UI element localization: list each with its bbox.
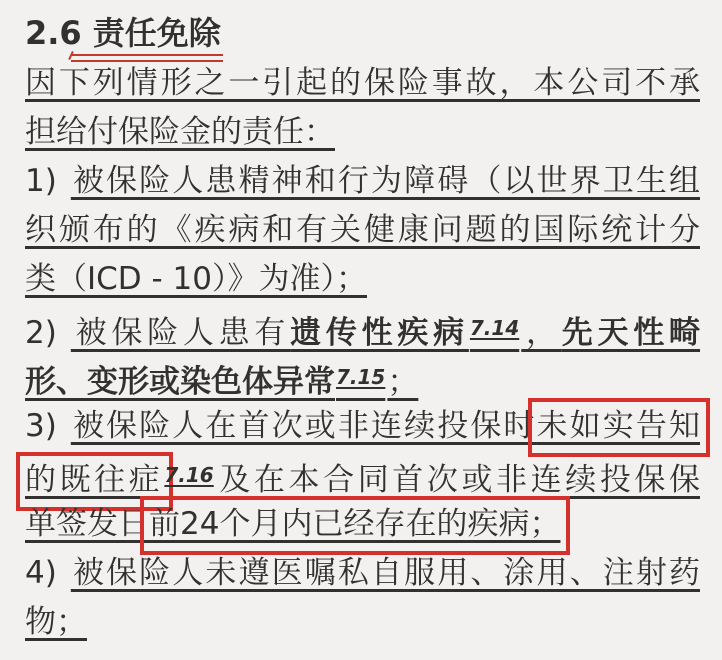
ref-7-16: 7.16 [164,463,213,487]
item2-text-1: 被保险人患有遗传性疾病7.14，先天性畸 [71,315,700,351]
item1-marker: 1) [25,163,57,199]
section-number: 2.6 [25,14,82,52]
item4-marker: 4) [25,555,57,591]
intro-line-2: 担给付保险金的责任： [25,109,700,158]
item1-line-3: 类（ICD - 10）》为准）； [25,256,700,305]
item4-line-1: 4)被保险人未遵医嘱私自服用、涂用、注射药 [25,550,700,599]
item1-text-3: 类（ICD - 10）》为准）； [25,261,367,297]
ref-7-15: 7.15 [336,365,385,389]
highlight-text-1: 未如实告知 [537,408,700,444]
intro-line-1: 因下列情形之一引起的保险事故，本公司不承 [25,60,700,109]
item2-semicolon: ； [387,364,418,400]
item2-lead-text: 被保险人患有 [71,315,290,351]
item2-comma: ， [521,315,562,351]
item1-text-1: 被保险人患精神和行为障碍（以世界卫生组 [71,163,700,199]
item3-line-3: 单签发日前24个月内已经存在的疾病； [25,501,700,550]
intro-text-2: 担给付保险金的责任： [25,114,335,150]
item2-marker: 2) [25,315,57,351]
item3-line-1: 3)被保险人在首次或非连续投保时未如实告知 [25,403,700,452]
document-page: 2.6责任免除 因下列情形之一引起的保险事故，本公司不承 担给付保险金的责任： … [0,0,722,660]
item3-marker: 3) [25,408,57,444]
item2-text-2: 形、变形或染色体异常7.15； [25,364,418,400]
section-title: 责任免除 [93,14,221,52]
item3-text-3: 单签发日前24个月内已经存在的疾病； [25,506,560,542]
item3-lead-text: 被保险人在首次或非连续投保时 [71,408,537,444]
item3-mid-text: 及在本合同首次或非连续投保保 [216,462,700,498]
ref-7-14: 7.14 [470,316,519,340]
item1-line-2: 织颁布的《疾病和有关健康问题的国际统计分 [25,207,700,256]
item4-text-2: 物； [25,604,87,640]
item1-line-1: 1)被保险人患精神和行为障碍（以世界卫生组 [25,158,700,207]
term-congenital-rest: 形、变形或染色体异常 [25,364,335,400]
item2-line-2: 形、变形或染色体异常7.15； [25,354,700,403]
item4-text-1: 被保险人未遵医嘱私自服用、涂用、注射药 [71,555,700,591]
item4-line-2: 物； [25,599,700,648]
item3-tail-lead: 单签发日 [25,506,149,542]
section-heading: 2.6责任免除 [25,13,700,60]
term-congenital-start: 先天性畸 [562,315,700,351]
highlight-text-2: 的既往症 [25,462,163,498]
red-highlight-box-1: 未如实告知 [528,398,710,457]
highlight-text-3: 前24个月内已经存在的疾病； [149,506,560,542]
item3-text-1: 被保险人在首次或非连续投保时未如实告知 [71,408,700,444]
item3-line-2: 的既往症7.16及在本合同首次或非连续投保保 [25,452,700,501]
item3-text-2: 的既往症7.16及在本合同首次或非连续投保保 [25,462,700,498]
item2-line-1: 2)被保险人患有遗传性疾病7.14，先天性畸 [25,305,700,354]
term-hereditary-disease: 遗传性疾病 [290,315,469,351]
red-highlight-box-3: 前24个月内已经存在的疾病； [140,496,570,555]
intro-text-1: 因下列情形之一引起的保险事故，本公司不承 [25,65,700,101]
item1-text-2: 织颁布的《疾病和有关健康问题的国际统计分 [25,212,700,248]
